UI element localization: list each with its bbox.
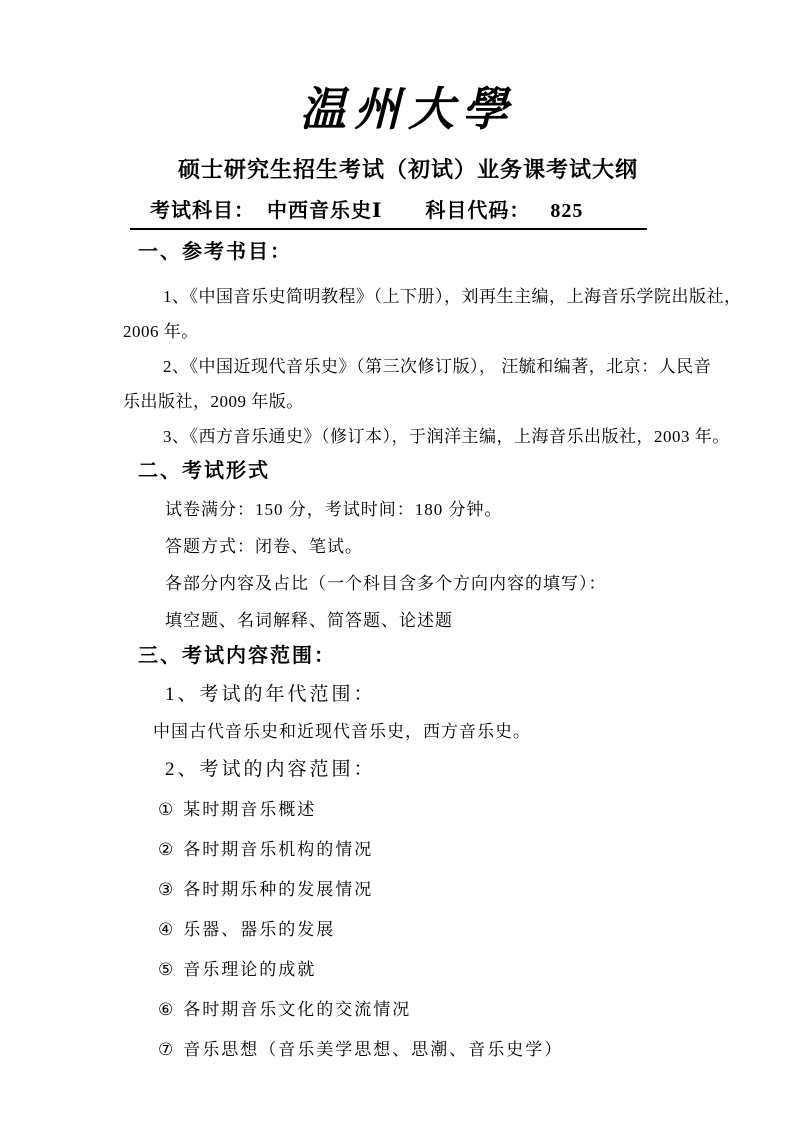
section-3-heading: 三、考试内容范围： (138, 642, 693, 670)
reference-2-line-2: 乐出版社，2009 年版。 (123, 388, 693, 416)
subject-label: 考试科目： (150, 200, 255, 222)
document-page: 温州大學 硕士研究生招生考试（初试）业务课考试大纲 考试科目：中西音乐史Ⅰ科目代… (0, 0, 793, 1122)
content-item-4: ④乐器、器乐的发展 (158, 917, 693, 943)
circled-6-marker: ⑥ (158, 1000, 173, 1019)
subsection-2-title: 2、考试的内容范围： (165, 755, 693, 785)
exam-format-answer-mode: 答题方式：闭卷、笔试。 (165, 534, 693, 560)
content-item-6: ⑥各时期音乐文化的交流情况 (158, 997, 693, 1023)
content-item-7-text: 音乐思想（音乐美学思想、思潮、音乐史学） (183, 1040, 563, 1059)
content-item-3: ③各时期乐种的发展情况 (158, 877, 693, 903)
circled-1-marker: ① (158, 800, 173, 819)
document-subtitle: 硕士研究生招生考试（初试）业务课考试大纲 (123, 155, 693, 185)
content-item-2-text: 各时期音乐机构的情况 (183, 840, 373, 859)
content-item-5: ⑤音乐理论的成就 (158, 957, 693, 983)
reference-3-line-1: 3、《西方音乐通史》（修订本），于润洋主编，上海音乐出版社，2003 年。 (123, 423, 693, 451)
content-item-1: ①某时期音乐概述 (158, 797, 693, 823)
section-1-heading: 一、参考书目： (138, 238, 693, 266)
circled-3-marker: ③ (158, 880, 173, 899)
circled-4-marker: ④ (158, 920, 173, 939)
subject-code-value: 825 (550, 200, 583, 222)
reference-1-line-1: 1、《中国音乐史简明教程》（上下册），刘再生主编，上海音乐学院出版社， (123, 283, 693, 311)
reference-2-line-1: 2、《中国近现代音乐史》（第三次修订版）， 汪毓和编著，北京：人民音 (123, 353, 693, 381)
exam-format-score-time: 试卷满分：150 分，考试时间：180 分钟。 (165, 497, 693, 523)
circled-7-marker: ⑦ (158, 1040, 173, 1059)
exam-format-proportion: 各部分内容及占比（一个科目含多个方向内容的填写）： (165, 571, 693, 597)
content-item-6-text: 各时期音乐文化的交流情况 (183, 1000, 411, 1019)
university-title: 温州大學 (123, 82, 693, 138)
subject-line: 考试科目：中西音乐史Ⅰ科目代码：825 (123, 196, 693, 226)
circled-2-marker: ② (158, 840, 173, 859)
content-item-7: ⑦音乐思想（音乐美学思想、思潮、音乐史学） (158, 1037, 693, 1063)
reference-1-line-2: 2006 年。 (123, 318, 693, 346)
subsection-1-body: 中国古代音乐史和近现代音乐史，西方音乐史。 (153, 719, 693, 745)
subject-code-label: 科目代码： (425, 200, 530, 222)
exam-format-question-types: 填空题、名词解释、简答题、论述题 (165, 608, 693, 634)
content-item-2: ②各时期音乐机构的情况 (158, 837, 693, 863)
section-2-heading: 二、考试形式 (138, 457, 693, 485)
circled-5-marker: ⑤ (158, 960, 173, 979)
content-item-1-text: 某时期音乐概述 (183, 800, 316, 819)
content-item-5-text: 音乐理论的成就 (183, 960, 316, 979)
subsection-1-title: 1、考试的年代范围： (165, 680, 693, 710)
subject-value: 中西音乐史Ⅰ (267, 200, 382, 222)
header-underline (130, 228, 647, 230)
content-item-4-text: 乐器、器乐的发展 (183, 920, 335, 939)
content-item-3-text: 各时期乐种的发展情况 (183, 880, 373, 899)
